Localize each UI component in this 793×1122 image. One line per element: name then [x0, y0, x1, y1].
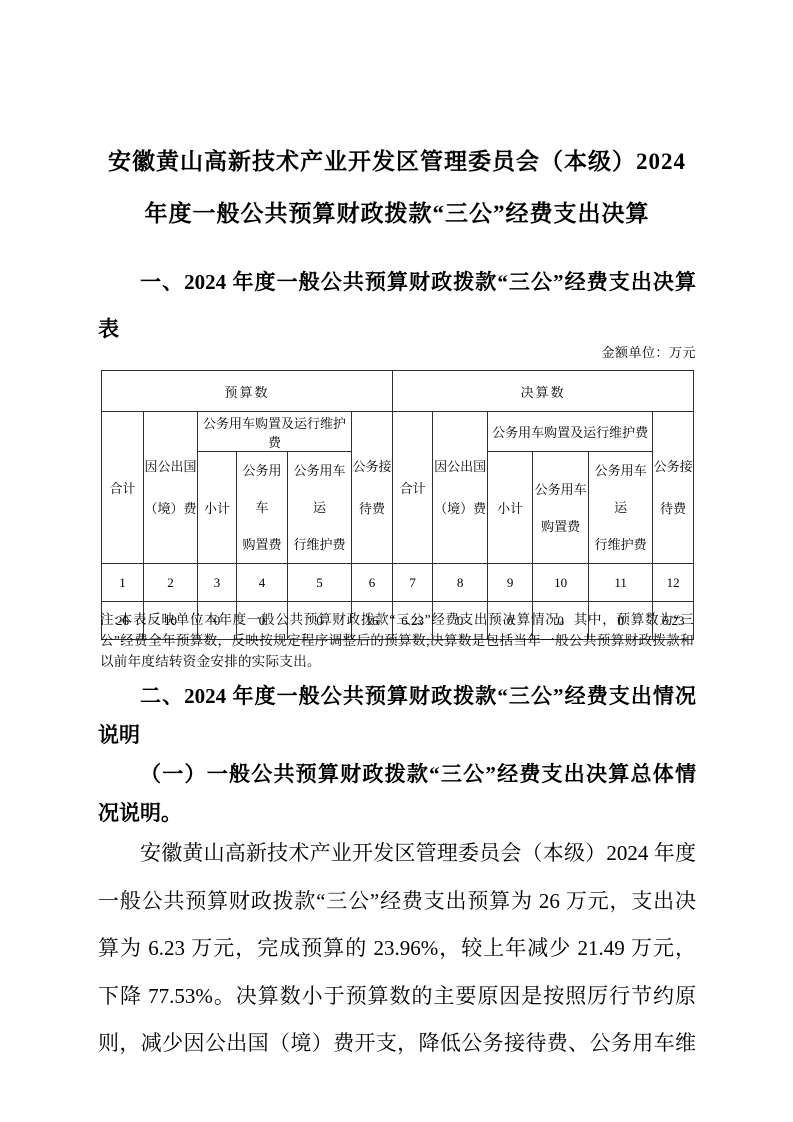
section2-paragraph: 安徽黄山高新技术产业开发区管理委员会（本级）2024 年度 一般公共预算财政拨款…	[98, 830, 696, 1068]
document-title: 安徽黄山高新技术产业开发区管理委员会（本级）2024 年度一般公共预算财政拨款“…	[88, 136, 706, 240]
table-group-header-row: 预算数 决算数	[102, 371, 694, 412]
column-number: 6	[352, 564, 393, 602]
text-line: 说明	[98, 716, 696, 755]
header-line: 公务用车	[237, 452, 287, 526]
header-line: 购置费	[533, 508, 588, 545]
final-maintenance-header: 公务用车运 行维护费	[589, 452, 653, 564]
final-subtotal-header: 小计	[488, 452, 533, 564]
final-accounts-group-header: 决算数	[393, 371, 694, 412]
header-line: 待费	[653, 488, 693, 530]
text-line: 二、2024 年度一般公共预算财政拨款“三公”经费支出情况	[98, 677, 696, 716]
column-number: 7	[393, 564, 433, 602]
header-line: 公务用车运	[589, 452, 652, 526]
section1-heading: 一、2024 年度一般公共预算财政拨款“三公”经费支出决算 表	[98, 259, 696, 353]
table-header-row: 合计 因公出国 （境）费 公务用车购置及运行维护费 公务接 待费 合计 因公出国…	[102, 412, 694, 452]
header-line: 购置费	[237, 526, 287, 563]
column-number: 5	[288, 564, 352, 602]
header-line: 公务用车运	[288, 452, 351, 526]
three-public-expense-table: 预算数 决算数 合计 因公出国 （境）费 公务用车购置及运行维护费 公务接 待费…	[101, 370, 694, 640]
note-line: 公”经费全年预算数，反映按规定程序调整后的预算数;决算数是包括当年一般公共预算财…	[100, 630, 694, 651]
column-number: 3	[198, 564, 237, 602]
header-line: 待费	[352, 488, 392, 530]
note-line: 以前年度结转资金安排的实际支出。	[100, 651, 694, 672]
text-line: 一、2024 年度一般公共预算财政拨款“三公”经费支出决算	[98, 259, 696, 306]
header-line: 因公出国	[433, 446, 487, 488]
budget-vehicle-group-header: 公务用车购置及运行维护费	[198, 412, 352, 452]
column-number-row: 1 2 3 4 5 6 7 8 9 10 11 12	[102, 564, 694, 602]
header-line: 公务接	[653, 446, 693, 488]
column-number: 4	[237, 564, 288, 602]
budget-purchase-header: 公务用车 购置费	[237, 452, 288, 564]
final-purchase-header: 公务用车 购置费	[533, 452, 589, 564]
title-line: 年度一般公共预算财政拨款“三公”经费支出决算	[88, 188, 706, 240]
section2-heading: 二、2024 年度一般公共预算财政拨款“三公”经费支出情况 说明	[98, 677, 696, 755]
budget-total-header: 合计	[102, 412, 144, 564]
budget-abroad-header: 因公出国 （境）费	[144, 412, 198, 564]
header-line: 行维护费	[288, 526, 351, 563]
column-number: 8	[433, 564, 488, 602]
header-line: （境）费	[144, 488, 197, 530]
budget-reception-header: 公务接 待费	[352, 412, 393, 564]
column-number: 11	[589, 564, 653, 602]
header-line: 行维护费	[589, 526, 652, 563]
column-number: 10	[533, 564, 589, 602]
text-line: 一般公共预算财政拨款“三公”经费支出预算为 26 万元，支出决	[98, 878, 696, 926]
table-note: 注:本表反映单位本年度一般公共预算财政拨款“三公”经费支出预决算情况。其中，预算…	[100, 609, 694, 672]
final-vehicle-group-header: 公务用车购置及运行维护费	[488, 412, 653, 452]
header-line: （境）费	[433, 488, 487, 530]
text-line: 况说明。	[98, 794, 696, 833]
column-number: 12	[653, 564, 694, 602]
budget-subtotal-header: 小计	[198, 452, 237, 564]
column-number: 2	[144, 564, 198, 602]
column-number: 9	[488, 564, 533, 602]
budget-group-header: 预算数	[102, 371, 393, 412]
header-line: 公务用车	[533, 471, 588, 508]
amount-unit-label: 金额单位：万元	[98, 342, 696, 361]
text-line: 则，减少因公出国（境）费开支，降低公务接待费、公务用车维	[98, 1020, 696, 1068]
text-line: 安徽黄山高新技术产业开发区管理委员会（本级）2024 年度	[98, 830, 696, 878]
final-reception-header: 公务接 待费	[653, 412, 694, 564]
final-total-header: 合计	[393, 412, 433, 564]
text-line: 下降 77.53%。决算数小于预算数的主要原因是按照厉行节约原	[98, 973, 696, 1021]
text-line: （一）一般公共预算财政拨款“三公”经费支出决算总体情	[98, 755, 696, 794]
header-line: 因公出国	[144, 446, 197, 488]
header-line: 公务接	[352, 446, 392, 488]
final-abroad-header: 因公出国 （境）费	[433, 412, 488, 564]
document-page: 安徽黄山高新技术产业开发区管理委员会（本级）2024 年度一般公共预算财政拨款“…	[0, 0, 793, 1122]
section2-subheading: （一）一般公共预算财政拨款“三公”经费支出决算总体情 况说明。	[98, 755, 696, 833]
note-line: 注:本表反映单位本年度一般公共预算财政拨款“三公”经费支出预决算情况。其中，预算…	[100, 609, 694, 630]
budget-maintenance-header: 公务用车运 行维护费	[288, 452, 352, 564]
column-number: 1	[102, 564, 144, 602]
title-line: 安徽黄山高新技术产业开发区管理委员会（本级）2024	[88, 136, 706, 188]
text-line: 算为 6.23 万元，完成预算的 23.96%，较上年减少 21.49 万元，	[98, 925, 696, 973]
